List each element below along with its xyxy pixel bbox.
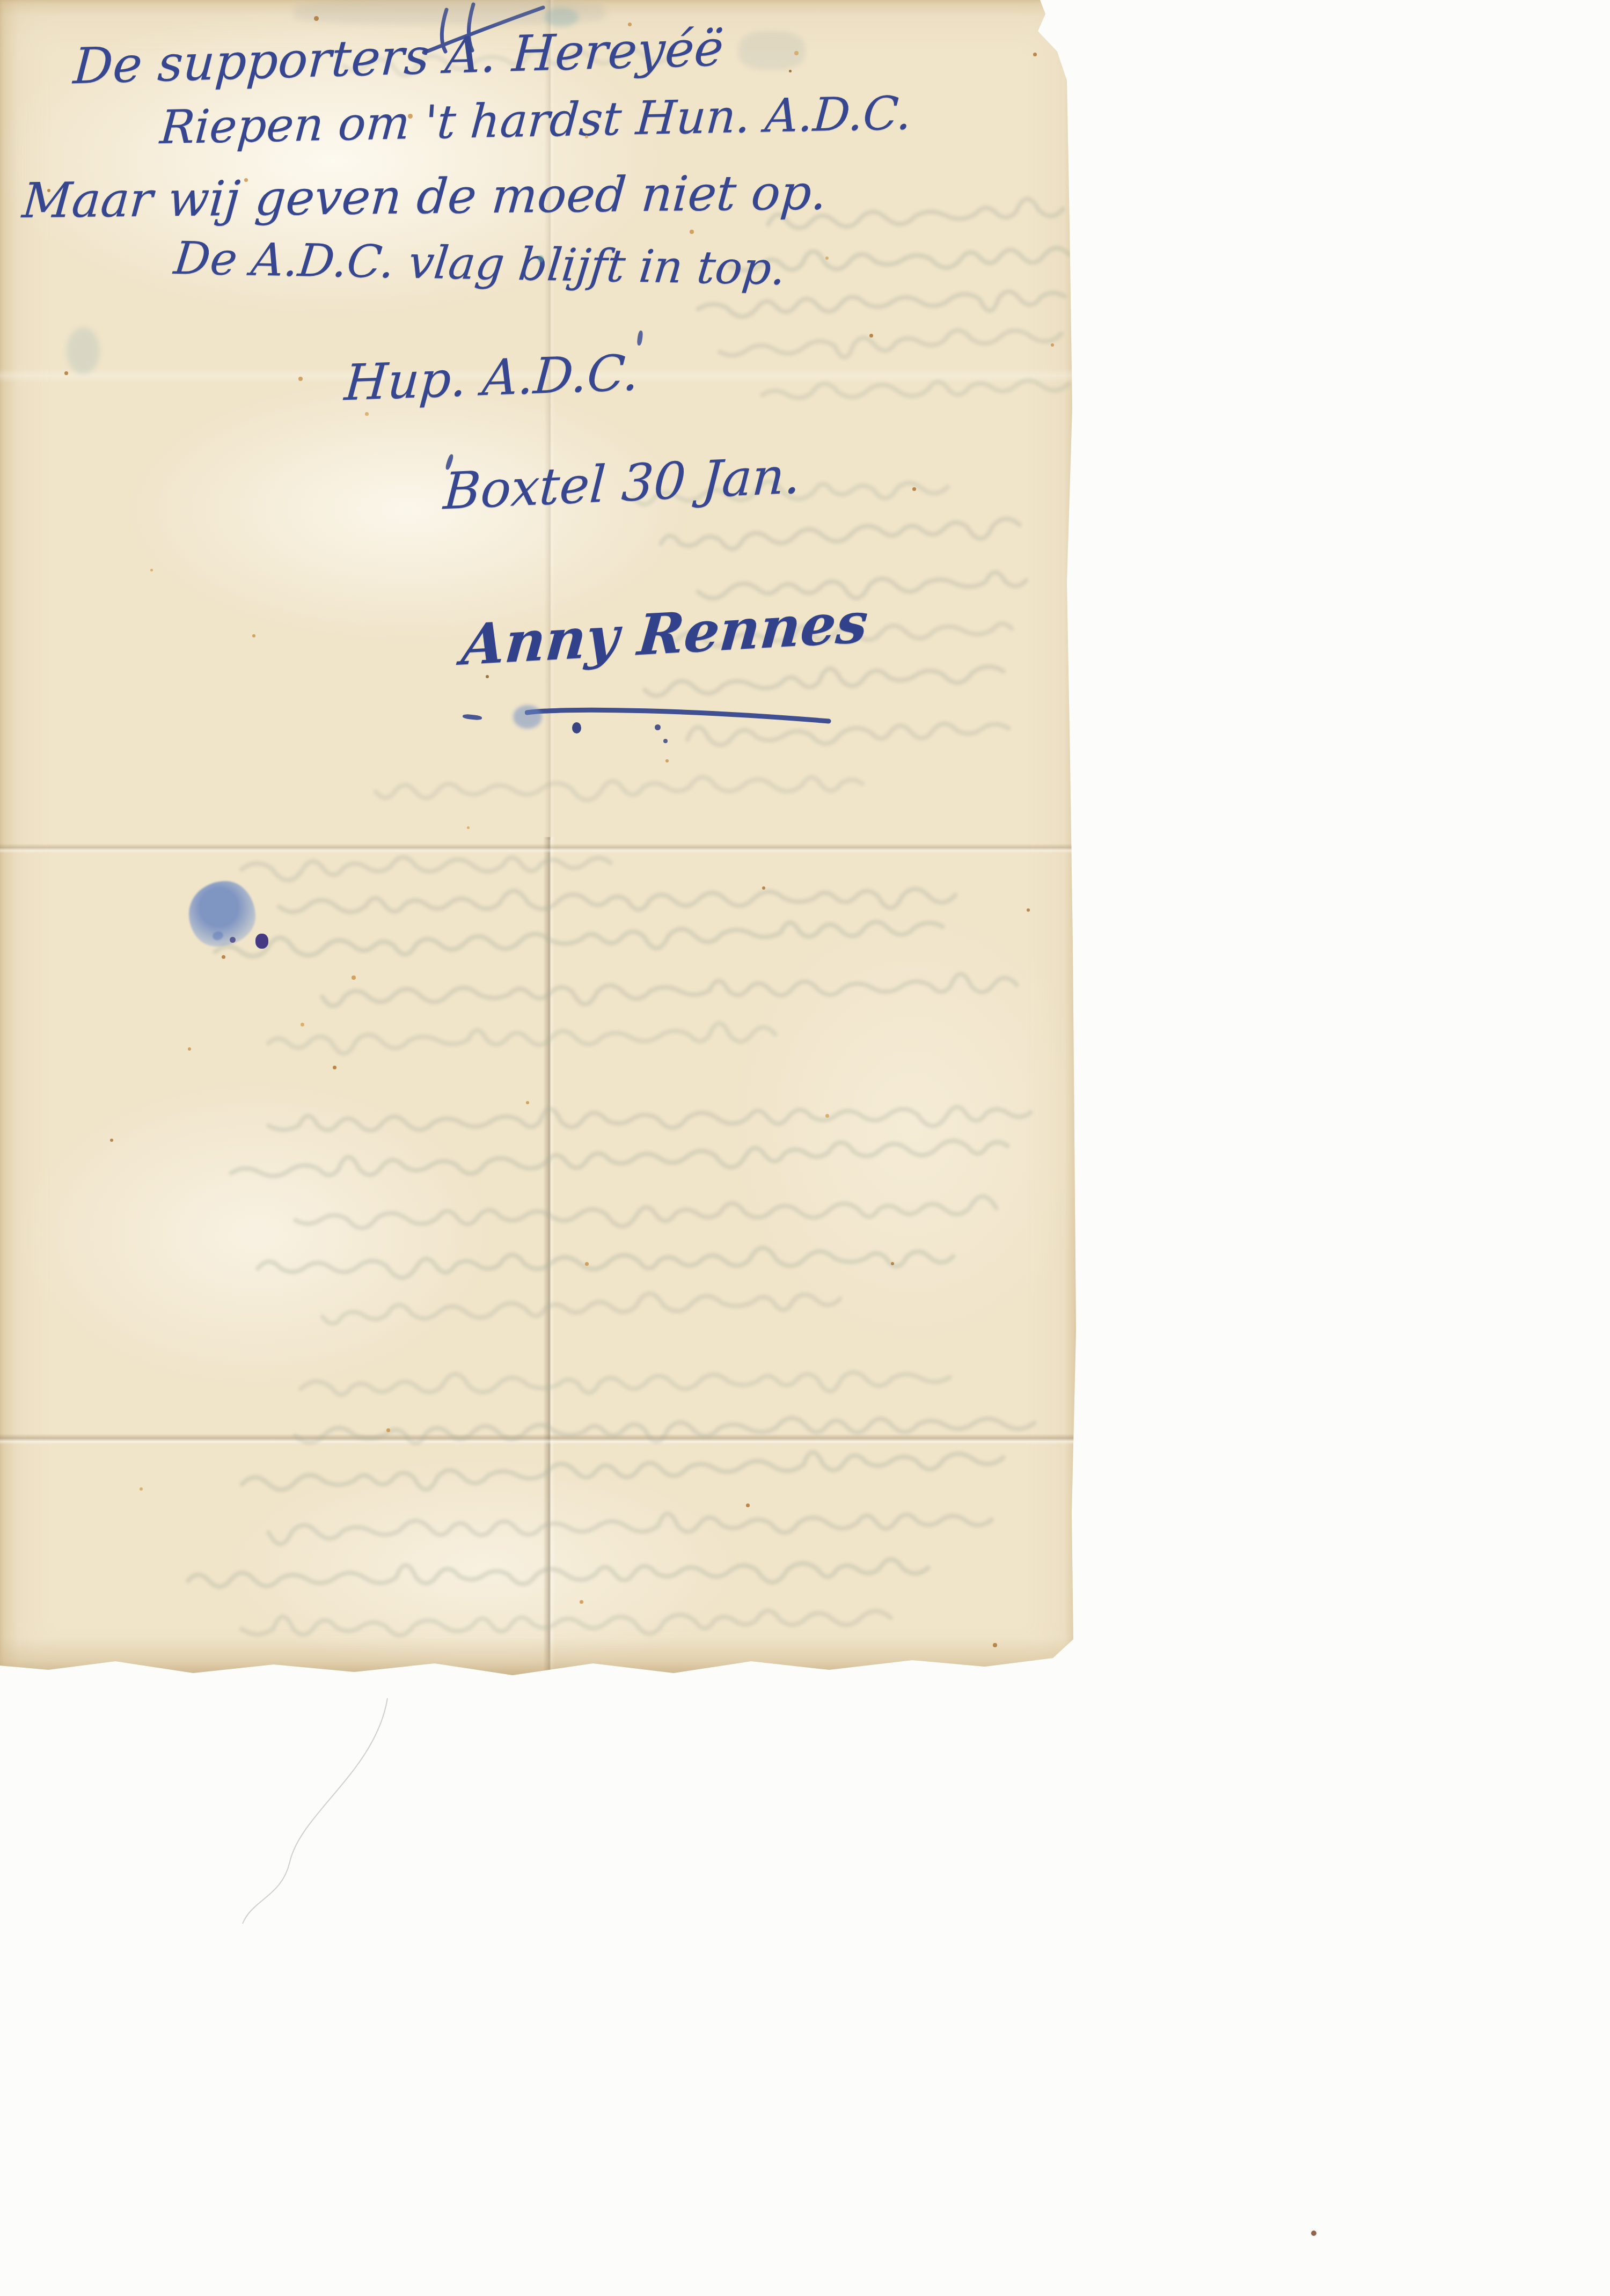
scanned-letter: De supporters A. Hereyéë Riepen om 't ha… <box>0 0 1610 2296</box>
scratch-line <box>0 0 1610 2296</box>
